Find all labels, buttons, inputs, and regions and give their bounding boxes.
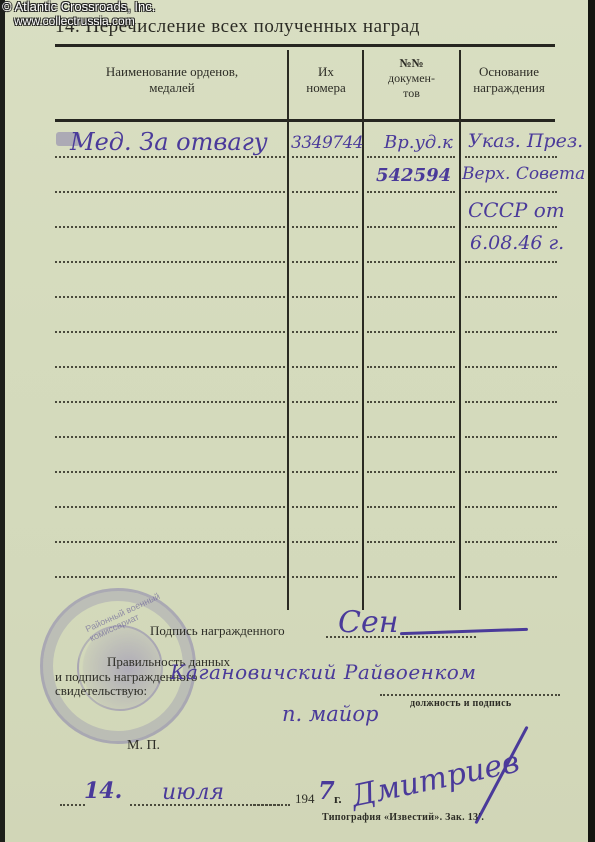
column-header-award-basis: Основание награждения	[461, 64, 557, 96]
position-and-signature-caption: должность и подпись	[410, 698, 511, 709]
table-row-line	[465, 436, 557, 438]
certifier-position-line-2: п. майор	[282, 702, 378, 726]
table-row-line	[292, 226, 358, 228]
table-row-line	[55, 191, 285, 193]
date-month: июля	[162, 780, 224, 805]
table-row-line	[465, 296, 557, 298]
watermark: © Atlantic Crossroads, Inc. www.collectr…	[2, 0, 155, 28]
table-row-line	[465, 541, 557, 543]
watermark-line-1: © Atlantic Crossroads, Inc.	[2, 0, 155, 14]
table-header-bottom-rule	[55, 119, 555, 122]
table-row-line	[292, 366, 358, 368]
table-row-line	[55, 436, 285, 438]
table-row-line	[465, 191, 557, 193]
page-edge-left	[0, 0, 5, 842]
header-text: Наименование орденов,	[60, 64, 284, 80]
table-row-line	[367, 541, 455, 543]
table-row-line	[465, 261, 557, 263]
date-year-suffix: 7	[318, 776, 335, 805]
table-row-line	[367, 366, 455, 368]
page-edge-right	[588, 0, 595, 842]
table-row-line	[465, 506, 557, 508]
award-basis-entry-line-3: СССР от	[468, 198, 565, 222]
date-day-line	[60, 804, 85, 806]
table-row-line	[55, 226, 285, 228]
header-text: Их	[290, 64, 362, 80]
recipient-signature-label: Подпись награжденного	[150, 623, 285, 639]
table-row-line	[465, 576, 557, 578]
table-row-line	[465, 156, 557, 158]
table-row-line	[292, 471, 358, 473]
seal-label: М. П.	[127, 738, 160, 754]
table-row-line	[292, 296, 358, 298]
award-number-entry: 3349744	[291, 133, 363, 153]
table-row-line	[55, 156, 285, 158]
table-row-line	[367, 506, 455, 508]
date-year-unit: г.	[334, 791, 342, 807]
table-row-line	[292, 156, 358, 158]
table-row-line	[367, 191, 455, 193]
award-name-entry: Мед. За отвагу	[70, 128, 268, 156]
header-text: награждения	[461, 80, 557, 96]
table-row-line	[367, 471, 455, 473]
table-row-line	[367, 401, 455, 403]
header-text: медалей	[60, 80, 284, 96]
header-text: №№	[364, 56, 459, 71]
date-day: 14.	[84, 778, 122, 804]
table-row-line	[367, 226, 455, 228]
award-basis-entry-line-4: 6.08.46 г.	[470, 232, 564, 254]
table-row-line	[292, 541, 358, 543]
recipient-signature: Сен	[338, 605, 398, 640]
date-year-line	[250, 804, 290, 806]
table-row-line	[55, 576, 285, 578]
table-row-line	[292, 506, 358, 508]
table-row-line	[55, 366, 285, 368]
watermark-line-2: www.collectrussia.com	[2, 14, 155, 28]
header-text: номера	[290, 80, 362, 96]
table-row-line	[55, 471, 285, 473]
table-row-line	[55, 296, 285, 298]
certifier-position-line-1: Кагановичский Райвоенком	[170, 660, 476, 684]
column-header-document-number: №№ докумен- тов	[364, 56, 459, 101]
table-row-line	[367, 436, 455, 438]
column-divider-1	[287, 50, 289, 610]
table-row-line	[55, 261, 285, 263]
header-text: Основание	[461, 64, 557, 80]
printer-imprint: Типография «Известий». Зак. 13'.	[322, 812, 484, 823]
table-row-line	[55, 331, 285, 333]
table-row-line	[465, 366, 557, 368]
column-header-award-number: Их номера	[290, 64, 362, 96]
table-row-line	[367, 156, 455, 158]
column-divider-3	[459, 50, 461, 610]
award-basis-entry-line-2: Верх. Совета	[462, 164, 585, 184]
certification-label-line-3: свидетельствую:	[55, 683, 147, 699]
table-row-line	[55, 401, 285, 403]
table-row-line	[367, 331, 455, 333]
table-row-line	[465, 226, 557, 228]
table-row-line	[292, 261, 358, 263]
table-row-line	[55, 541, 285, 543]
award-basis-entry-line-1: Указ. През.	[468, 130, 583, 152]
document-number-entry-line-1: Вр.уд.к	[384, 132, 453, 153]
table-row-line	[367, 296, 455, 298]
date-year-prefix: 194	[295, 791, 315, 807]
table-row-line	[465, 401, 557, 403]
table-row-line	[465, 331, 557, 333]
table-row-line	[367, 261, 455, 263]
table-top-rule	[55, 44, 555, 47]
certifier-position-line	[380, 694, 560, 696]
table-row-line	[367, 576, 455, 578]
table-row-line	[292, 191, 358, 193]
header-text: тов	[364, 86, 459, 101]
table-row-line	[292, 401, 358, 403]
header-text: докумен-	[364, 71, 459, 86]
table-row-line	[292, 331, 358, 333]
table-row-line	[55, 506, 285, 508]
document-number-entry-line-2: 542594	[376, 165, 451, 186]
table-row-line	[292, 576, 358, 578]
table-row-line	[465, 471, 557, 473]
table-row-line	[292, 436, 358, 438]
column-header-award-name: Наименование орденов, медалей	[60, 64, 284, 96]
